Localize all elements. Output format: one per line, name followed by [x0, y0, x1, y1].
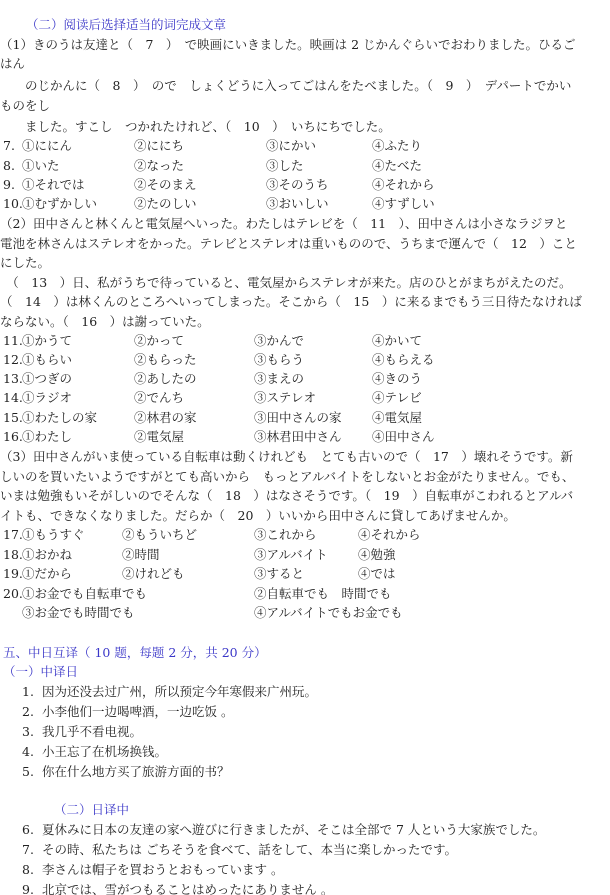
item-text: 你在什么地方买了旅游方面的书？ — [42, 762, 230, 782]
option: ①それでは — [22, 175, 85, 195]
option: ③お金でも時間でも — [22, 603, 135, 623]
option: ①わたしの家 — [22, 408, 97, 428]
option: ①かうて — [22, 331, 72, 351]
question-number: 10. — [3, 194, 23, 214]
option: ①もうすぐ — [22, 525, 85, 545]
option: ②もらった — [134, 350, 197, 370]
option: ③すると — [254, 564, 304, 584]
subsection-heading-cn-to-jp: （一）中译日 — [3, 662, 78, 682]
option: ④電気屋 — [372, 408, 422, 428]
passage-3-line: （3）田中さんがいま使っている自転車は動くけれども とても古いので（ 17 ）壊… — [0, 447, 573, 467]
passage-2-line: （ 13 ）日、私がうちで待っていると、電気屋からステレオが来た。店のひとがまち… — [0, 273, 572, 293]
question-number: 18. — [3, 545, 23, 565]
option: ①つぎの — [22, 369, 72, 389]
item-text: 夏休みに日本の友達の家へ遊びに行きましたが、そこは全部で 7 人という大家族でし… — [42, 820, 545, 840]
item-text: その時、私たちは ごちそうを食べて、話をして、本当に楽しかったです。 — [42, 840, 457, 860]
passage-2-line: 電池を林さんはステレオをかった。テレビとステレオは重いものので、うちまで運んで（… — [0, 234, 577, 254]
option: ①いた — [22, 156, 60, 176]
question-number: 16. — [3, 427, 23, 447]
option: ②かって — [134, 331, 184, 351]
option: ②ににち — [134, 136, 184, 156]
option: ①おかね — [22, 545, 72, 565]
item-number: 3. — [22, 722, 34, 742]
question-number: 11. — [3, 331, 23, 351]
option: ④田中さん — [372, 427, 435, 447]
item-number: 5. — [22, 762, 34, 782]
option: ④きのう — [372, 369, 422, 389]
item-text: 李さんは帽子を買おうとおもっています 。 — [42, 860, 283, 880]
option: ①わたし — [22, 427, 72, 447]
passage-2-line: ならない。（ 16 ）は謝っていた。 — [0, 312, 210, 332]
question-number: 12. — [3, 350, 23, 370]
option: ③おいしい — [266, 194, 329, 214]
option: ③かんで — [254, 331, 304, 351]
option: ②もういちど — [122, 525, 197, 545]
option: ③ステレオ — [254, 388, 316, 408]
option: ③もらう — [254, 350, 304, 370]
option: ①むずかしい — [22, 194, 97, 214]
option: ④勉強 — [358, 545, 396, 565]
option: ②でんち — [134, 388, 184, 408]
passage-3-line: しいのを買いたいようですがとても高いから もっとアルバイトをしないとお金がたりま… — [0, 467, 574, 487]
option: ④すずしい — [372, 194, 435, 214]
passage-1-line: ました。すこし つかれたけれど、（ 10 ） いちにちでした。 — [0, 117, 391, 137]
passage-1-line: のじかんに（ 8 ） ので しょくどうに入ってごはんをたべました。（ 9 ） デ… — [0, 76, 571, 96]
option: ③これから — [254, 525, 317, 545]
question-number: 13. — [3, 369, 23, 389]
item-text: 因为还没去过广州，所以预定今年寒假来广州玩。 — [42, 682, 317, 702]
question-number: 20. — [3, 584, 23, 604]
question-number: 14. — [3, 388, 23, 408]
passage-1-line: はん — [0, 54, 25, 74]
passage-3-line: いまは勉強もいそがしいのでそんな（ 18 ）はなさそうです。（ 19 ）自転車が… — [0, 486, 573, 506]
option: ④では — [358, 564, 396, 584]
item-text: 北京では、雪がつもることはめったにありません 。 — [42, 880, 333, 895]
item-number: 7. — [22, 840, 34, 860]
option: ②自転車でも 時間でも — [254, 584, 392, 604]
passage-2-line: （2）田中さんと林くんと電気屋へいった。わたしはテレビを（ 11 ）、田中さんは… — [0, 214, 567, 234]
option: ④アルバイトでもお金でも — [254, 603, 403, 623]
option: ①だから — [22, 564, 72, 584]
passage-1-line: （1）きのうは友達と（ 7 ） で映画にいきました。映画は 2 じかんぐらいでお… — [0, 35, 576, 55]
question-number: 17. — [3, 525, 23, 545]
item-number: 2. — [22, 702, 34, 722]
section-heading-translation: 五、中日互译（ 10 题，每题 2 分，共 20 分） — [3, 643, 267, 663]
option: ④もらえる — [372, 350, 435, 370]
option: ④テレビ — [372, 388, 422, 408]
option: ②時間 — [122, 545, 160, 565]
option: ③にかい — [266, 136, 316, 156]
question-number: 15. — [3, 408, 23, 428]
section-heading-reading: （二）阅读后选择适当的词完成文章 — [26, 15, 226, 35]
option: ①お金でも自転車でも — [22, 584, 147, 604]
question-number: 19. — [3, 564, 23, 584]
option: ①ににん — [22, 136, 72, 156]
item-number: 9. — [22, 880, 34, 895]
option: ②電気屋 — [134, 427, 184, 447]
question-number: 7. — [3, 136, 15, 156]
option: ②たのしい — [134, 194, 197, 214]
passage-1-line: ものをし — [0, 96, 50, 116]
item-text: 我几乎不看电视。 — [42, 722, 142, 742]
passage-2-line: にした。 — [0, 253, 50, 273]
option: ③田中さんの家 — [254, 408, 342, 428]
item-number: 1. — [22, 682, 34, 702]
option: ③まえの — [254, 369, 304, 389]
option: ②林君の家 — [134, 408, 197, 428]
item-number: 6. — [22, 820, 34, 840]
option: ③アルバイト — [254, 545, 328, 565]
option: ①ラジオ — [22, 388, 72, 408]
option: ②そのまえ — [134, 175, 197, 195]
option: ③林君田中さん — [254, 427, 342, 447]
option: ③した — [266, 156, 304, 176]
option: ③そのうち — [266, 175, 329, 195]
passage-3-line: イトも、できなくなりました。だらか（ 20 ）いいから田中さんに貸してあげません… — [0, 506, 516, 526]
option: ②なった — [134, 156, 184, 176]
option: ②あしたの — [134, 369, 197, 389]
item-text: 小王忘了在机场换钱。 — [42, 742, 167, 762]
option: ④それから — [372, 175, 435, 195]
option: ④たべた — [372, 156, 422, 176]
option: ④かいて — [372, 331, 422, 351]
option: ④ふたり — [372, 136, 422, 156]
option: ①もらい — [22, 350, 72, 370]
item-number: 4. — [22, 742, 34, 762]
question-number: 9. — [3, 175, 15, 195]
item-text: 小李他们一边喝啤酒，一边吃饭 。 — [42, 702, 233, 722]
option: ②けれども — [122, 564, 185, 584]
question-number: 8. — [3, 156, 15, 176]
subsection-heading-jp-to-cn: （二）日译中 — [54, 800, 129, 820]
passage-2-line: （ 14 ）は林くんのところへいってしまった。そこから（ 15 ）に来るまでもう… — [0, 292, 582, 312]
item-number: 8. — [22, 860, 34, 880]
option: ④それから — [358, 525, 421, 545]
